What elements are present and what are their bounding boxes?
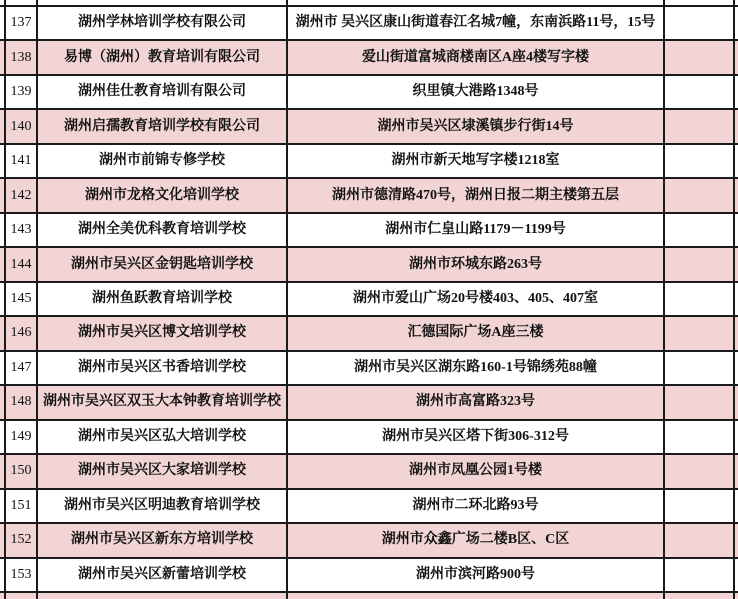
row-number-cell: 146 [6, 317, 38, 351]
row-number-cell: 153 [6, 559, 38, 593]
empty-cell [665, 248, 735, 282]
table-row: 147 湖州市吴兴区书香培训学校 湖州市吴兴区湖东路160-1号锦绣苑88幢 [0, 352, 738, 386]
row-number-cell [6, 593, 38, 599]
row-number-cell: 148 [6, 386, 38, 420]
empty-cell [665, 145, 735, 179]
table-row: 141 湖州市前锦专修学校 湖州市新天地写字楼1218室 [0, 145, 738, 179]
address-cell: 湖州市仁皇山路1179－1199号 [288, 214, 665, 248]
address-cell: 湖州市众鑫广场二楼B区、C区 [288, 524, 665, 558]
table-row: 146 湖州市吴兴区博文培训学校 汇德国际广场A座三楼 [0, 317, 738, 351]
school-name-cell: 湖州市吴兴区博文培训学校 [38, 317, 288, 351]
school-name-cell: 湖州全美优科教育培训学校 [38, 214, 288, 248]
table-row: 144 湖州市吴兴区金钥匙培训学校 湖州市环城东路263号 [0, 248, 738, 282]
address-cell: 湖州市高富路323号 [288, 386, 665, 420]
address-cell: 湖州市环城东路263号 [288, 248, 665, 282]
partial-row-bottom [0, 593, 738, 599]
row-number-cell: 152 [6, 524, 38, 558]
school-address-table: 137 湖州学林培训学校有限公司 湖州市 吴兴区康山街道春江名城7幢，东南浜路1… [0, 0, 738, 599]
empty-cell [665, 455, 735, 489]
table-row: 145 湖州鱼跃教育培训学校 湖州市爱山广场20号楼403、405、407室 [0, 283, 738, 317]
table-row: 143 湖州全美优科教育培训学校 湖州市仁皇山路1179－1199号 [0, 214, 738, 248]
row-number-cell: 147 [6, 352, 38, 386]
address-cell: 湖州市 吴兴区康山街道春江名城7幢，东南浜路11号，15号 [288, 7, 665, 41]
school-name-cell [38, 0, 288, 7]
empty-cell [665, 41, 735, 75]
partial-row-top [0, 0, 738, 7]
empty-cell [665, 317, 735, 351]
address-cell: 湖州市二环北路93号 [288, 490, 665, 524]
table-row: 142 湖州市龙格文化培训学校 湖州市德清路470号，湖州日报二期主楼第五层 [0, 179, 738, 213]
table-row: 152 湖州市吴兴区新东方培训学校 湖州市众鑫广场二楼B区、C区 [0, 524, 738, 558]
table-row: 149 湖州市吴兴区弘大培训学校 湖州市吴兴区塔下街306-312号 [0, 421, 738, 455]
empty-cell [665, 352, 735, 386]
row-number-cell: 143 [6, 214, 38, 248]
table-row: 151 湖州市吴兴区明迪教育培训学校 湖州市二环北路93号 [0, 490, 738, 524]
table-row: 148 湖州市吴兴区双玉大本钟教育培训学校 湖州市高富路323号 [0, 386, 738, 420]
table-row: 139 湖州佳仕教育培训有限公司 织里镇大港路1348号 [0, 76, 738, 110]
table-row: 150 湖州市吴兴区大家培训学校 湖州市凤凰公园1号楼 [0, 455, 738, 489]
address-cell: 湖州市凤凰公园1号楼 [288, 455, 665, 489]
address-cell: 爱山街道富城商楼南区A座4楼写字楼 [288, 41, 665, 75]
school-name-cell: 湖州佳仕教育培训有限公司 [38, 76, 288, 110]
school-name-cell: 湖州鱼跃教育培训学校 [38, 283, 288, 317]
school-name-cell: 湖州启孺教育培训学校有限公司 [38, 110, 288, 144]
empty-cell [665, 76, 735, 110]
empty-cell [665, 283, 735, 317]
school-name-cell: 湖州市吴兴区金钥匙培训学校 [38, 248, 288, 282]
school-name-cell [38, 593, 288, 599]
table-row: 138 易博（湖州）教育培训有限公司 爱山街道富城商楼南区A座4楼写字楼 [0, 41, 738, 75]
row-number-cell: 141 [6, 145, 38, 179]
school-name-cell: 湖州市前锦专修学校 [38, 145, 288, 179]
school-name-cell: 湖州市龙格文化培训学校 [38, 179, 288, 213]
row-number-cell: 139 [6, 76, 38, 110]
school-name-cell: 湖州市吴兴区书香培训学校 [38, 352, 288, 386]
school-name-cell: 湖州市吴兴区新东方培训学校 [38, 524, 288, 558]
address-cell: 湖州市爱山广场20号楼403、405、407室 [288, 283, 665, 317]
empty-cell [665, 593, 735, 599]
row-number-cell: 145 [6, 283, 38, 317]
address-cell: 织里镇大港路1348号 [288, 76, 665, 110]
address-cell: 湖州市滨河路900号 [288, 559, 665, 593]
row-number-cell: 144 [6, 248, 38, 282]
empty-cell [665, 490, 735, 524]
table-row: 140 湖州启孺教育培训学校有限公司 湖州市吴兴区埭溪镇步行街14号 [0, 110, 738, 144]
address-cell: 湖州市吴兴区湖东路160-1号锦绣苑88幢 [288, 352, 665, 386]
address-cell [288, 593, 665, 599]
school-name-cell: 湖州市吴兴区新蕾培训学校 [38, 559, 288, 593]
table-row: 137 湖州学林培训学校有限公司 湖州市 吴兴区康山街道春江名城7幢，东南浜路1… [0, 7, 738, 41]
row-number-cell: 151 [6, 490, 38, 524]
empty-cell [665, 110, 735, 144]
empty-cell [665, 214, 735, 248]
empty-cell [665, 179, 735, 213]
table-row: 153 湖州市吴兴区新蕾培训学校 湖州市滨河路900号 [0, 559, 738, 593]
school-name-cell: 湖州学林培训学校有限公司 [38, 7, 288, 41]
empty-cell [665, 0, 735, 7]
school-name-cell: 湖州市吴兴区弘大培训学校 [38, 421, 288, 455]
row-number-cell: 137 [6, 7, 38, 41]
row-number-cell: 149 [6, 421, 38, 455]
row-number-cell: 138 [6, 41, 38, 75]
address-cell: 湖州市新天地写字楼1218室 [288, 145, 665, 179]
row-number-cell: 140 [6, 110, 38, 144]
address-cell: 湖州市吴兴区塔下街306-312号 [288, 421, 665, 455]
address-cell: 汇德国际广场A座三楼 [288, 317, 665, 351]
address-cell: 湖州市吴兴区埭溪镇步行街14号 [288, 110, 665, 144]
row-number-cell: 150 [6, 455, 38, 489]
school-name-cell: 易博（湖州）教育培训有限公司 [38, 41, 288, 75]
school-name-cell: 湖州市吴兴区大家培训学校 [38, 455, 288, 489]
empty-cell [665, 421, 735, 455]
row-number-cell [6, 0, 38, 7]
row-number-cell: 142 [6, 179, 38, 213]
empty-cell [665, 386, 735, 420]
address-cell [288, 0, 665, 7]
school-name-cell: 湖州市吴兴区双玉大本钟教育培训学校 [38, 386, 288, 420]
empty-cell [665, 524, 735, 558]
school-name-cell: 湖州市吴兴区明迪教育培训学校 [38, 490, 288, 524]
address-cell: 湖州市德清路470号，湖州日报二期主楼第五层 [288, 179, 665, 213]
empty-cell [665, 7, 735, 41]
empty-cell [665, 559, 735, 593]
